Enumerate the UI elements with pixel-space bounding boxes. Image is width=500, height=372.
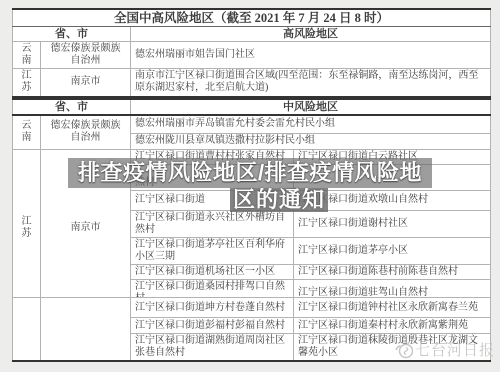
cell-region: 德宏州陇川县章凤镇迭撒村拉影村民小组 xyxy=(131,133,491,149)
table-row: 江苏 南京市 南京市江宁区禄口街道围合区域(四至范围：东至禄铜路，南至达练岗河，… xyxy=(13,68,491,97)
table-row: 云南 德宏傣族景颇族 自治州 德宏州瑞丽市弄岛镇雷允村委会雷允村民小组 xyxy=(13,115,491,133)
cell-region-left: 江宁区禄口街道湖熟街道周岗社区张巷自然村 xyxy=(131,334,294,362)
cell-province: 江苏 xyxy=(13,149,41,307)
page-title: 全国中高风险地区（截至 2021 年 7 月 24 日 8 时） xyxy=(13,9,491,26)
cell-province-empty xyxy=(13,298,41,362)
table-header-row: 省、市 高风险地区 xyxy=(13,26,491,41)
col-header-high-risk: 高风险地区 xyxy=(131,26,491,41)
cell-region-left: 江宁区禄口街道机场社区一小区 xyxy=(131,264,294,279)
cell-region-right: 江宁区禄口街道谢村社区 xyxy=(294,210,491,237)
cell-region: 德宏州瑞丽市弄岛镇雷允村委会雷允村民小组 xyxy=(131,115,491,133)
overlay-title-line2: 区的通知 xyxy=(68,188,432,212)
notice-overlay-banner: 排查疫情风险地区/排查疫情风险地 区的通知 xyxy=(68,158,432,212)
newspaper-logo-icon xyxy=(394,341,413,359)
cell-province: 云南 xyxy=(13,115,41,149)
cell-region: 德宏州瑞丽市姐告国门社区 xyxy=(131,41,491,68)
cell-region-left: 江宁区禄口街道永兴社区外槽坊自然村 xyxy=(131,210,294,237)
cell-city-empty xyxy=(41,298,131,362)
cell-city: 南京市 xyxy=(41,68,131,97)
cell-region-right: 江宁区禄口街道茅亭小区 xyxy=(294,237,491,264)
watermark-text: 七台河日报 xyxy=(415,339,495,360)
watermark: 七台河日报 xyxy=(394,339,495,360)
table-row: 云南 德宏傣族景颇族 自治州 德宏州瑞丽市姐告国门社区 xyxy=(13,41,491,68)
overlay-title-line1: 排查疫情风险地区/排查疫情风险地 xyxy=(68,158,432,188)
article-screenshot-page: 全国中高风险地区（截至 2021 年 7 月 24 日 8 时） 省、市 高风险… xyxy=(0,0,500,372)
cell-province: 江苏 xyxy=(13,68,41,97)
high-risk-table: 全国中高风险地区（截至 2021 年 7 月 24 日 8 时） 省、市 高风险… xyxy=(12,8,491,98)
cell-city: 德宏傣族景颇族 自治州 xyxy=(41,41,131,68)
table-header-row: 省、市 中风险地区 xyxy=(13,99,491,115)
cell-region-right: 江宁区禄口街道秦村村永欣新寓紫荆苑 xyxy=(294,318,491,334)
cell-region-left: 江宁区禄口街道彭福村彭福自然村 xyxy=(131,318,294,334)
cell-region-right: 江宁区禄口街道陈巷村前陈巷自然村 xyxy=(294,264,491,279)
cell-region-left: 江宁区禄口街道茅亭社区百利华府小区三期 xyxy=(131,237,294,264)
col-header-province-city: 省、市 xyxy=(13,26,131,41)
cell-city: 德宏傣族景颇族 自治州 xyxy=(41,115,131,149)
col-header-province-city: 省、市 xyxy=(13,99,131,115)
cell-region: 南京市江宁区禄口街道围合区域(四至范围：东至禄铜路，南至达练岗河，西至原东湖迟家… xyxy=(131,68,491,97)
cell-province: 云南 xyxy=(13,41,41,68)
col-header-medium-risk: 中风险地区 xyxy=(131,99,491,115)
cell-region-left: 江宁区禄口街道坤方村卷蓬自然村 xyxy=(131,298,294,318)
table-title-row: 全国中高风险地区（截至 2021 年 7 月 24 日 8 时） xyxy=(13,9,491,26)
table-row: 江宁区禄口街道坤方村卷蓬自然村 江宁区禄口街道钟村社区永欣新寓春兰苑 xyxy=(13,298,491,318)
cell-region-right: 江宁区禄口街道钟村社区永欣新寓春兰苑 xyxy=(294,298,491,318)
